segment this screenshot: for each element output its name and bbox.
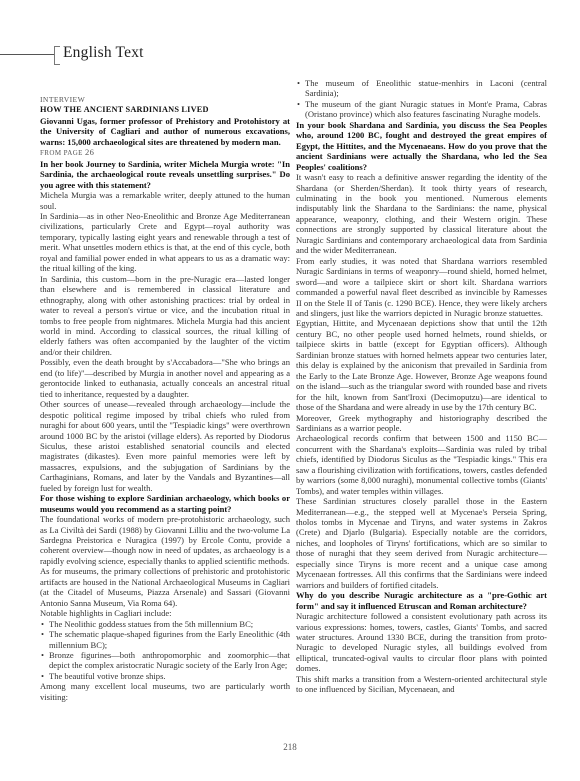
from-page-number: 26 [85,147,94,157]
paragraph: In Sardinia, this custom—born in the pre… [40,274,290,358]
left-column: INTERVIEW HOW THE ANCIENT SARDINIANS LIV… [40,95,290,702]
paragraph: In Sardinia—as in other Neo-Eneolithic a… [40,211,290,274]
paragraph: Nuragic architecture followed a consiste… [296,611,547,674]
cagliari-highlights-list: The Neolithic goddess statues from the 5… [40,619,290,682]
article-kicker: INTERVIEW [40,95,290,105]
paragraph: These Sardinian structures closely paral… [296,496,547,590]
from-page-label: FROM PAGE [40,149,83,157]
right-column: The museum of Eneolithic statue-menhirs … [296,78,547,695]
paragraph: Among many excellent local museums, two … [40,681,290,702]
paragraph: As for museums, the primary collections … [40,566,290,608]
header-bracket [54,46,60,65]
paragraph: Michela Murgia was a remarkable writer, … [40,190,290,211]
paragraph: From early studies, it was noted that Sh… [296,256,547,319]
header-rule [0,54,55,55]
page-number: 218 [0,742,580,752]
from-page: FROM PAGE 26 [40,147,290,158]
paragraph: Moreover, Greek mythography and historio… [296,413,547,434]
article-headline: HOW THE ANCIENT SARDINIANS LIVED [40,105,290,115]
paragraph: It wasn't easy to reach a definitive ans… [296,172,547,256]
question-4: Why do you describe Nuragic architecture… [296,590,547,611]
local-museums-list: The museum of Eneolithic statue-menhirs … [296,78,547,120]
paragraph: Other sources of unease—revealed through… [40,399,290,493]
list-item: Bronze figurines—both anthropomorphic an… [40,650,290,671]
question-2: For those wishing to explore Sardinian a… [40,493,290,514]
list-item: The museum of the giant Nuragic statues … [296,99,547,120]
paragraph: This shift marks a transition from a Wes… [296,674,547,695]
article-standfirst: Giovanni Ugas, former professor of Prehi… [40,116,290,147]
paragraph: Notable highlights in Cagliari include: [40,608,290,618]
paragraph: Egyptian, Hittite, and Mycenaean depicti… [296,318,547,412]
question-3: In your book Shardana and Sardinia, you … [296,120,547,172]
paragraph: Archaeological records confirm that betw… [296,433,547,496]
section-title: English Text [63,44,144,62]
list-item: The Neolithic goddess statues from the 5… [40,619,290,629]
question-1: In her book Journey to Sardinia, writer … [40,159,290,190]
list-item: The schematic plaque-shaped figurines fr… [40,629,290,650]
list-item: The museum of Eneolithic statue-menhirs … [296,78,547,99]
paragraph: Possibly, even the death brought by s'Ac… [40,357,290,399]
section-header: English Text [0,44,200,64]
paragraph: The foundational works of modern pre-pro… [40,514,290,566]
list-item: The beautiful votive bronze ships. [40,671,290,681]
